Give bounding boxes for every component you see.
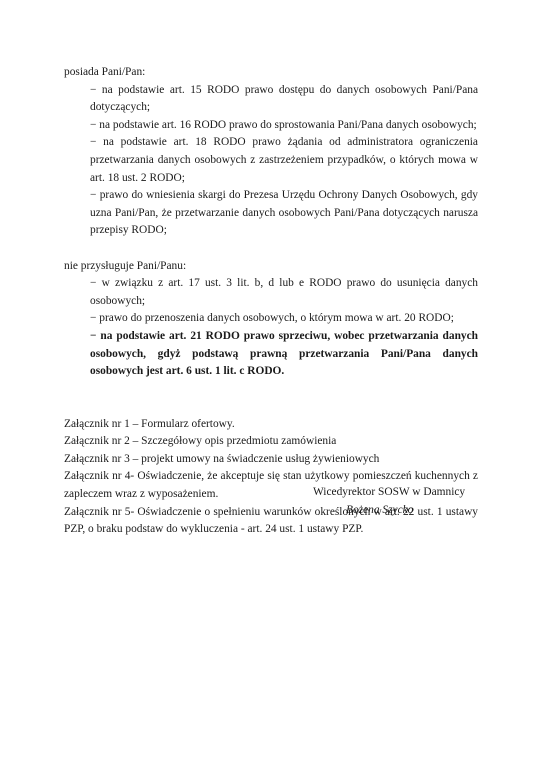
attachment-1: Załącznik nr 1 – Formularz ofertowy.	[64, 416, 478, 434]
right-item-rectification: − na podstawie art. 16 RODO prawo do spr…	[64, 117, 478, 135]
signature-name: Bożena Szycko	[313, 502, 513, 520]
attachment-3: Załącznik nr 3 – projekt umowy na świadc…	[64, 451, 478, 469]
document-page: posiada Pani/Pan: − na podstawie art. 15…	[64, 64, 478, 539]
no-rights-heading: nie przysługuje Pani/Panu:	[64, 258, 478, 276]
no-right-item-erasure: − w związku z art. 17 ust. 3 lit. b, d l…	[64, 275, 478, 310]
no-right-item-objection: − na podstawie art. 21 RODO prawo sprzec…	[64, 328, 478, 381]
right-item-complaint: − prawo do wniesienia skargi do Prezesa …	[64, 187, 478, 240]
right-item-access: − na podstawie art. 15 RODO prawo dostęp…	[64, 82, 478, 117]
signature-block: Wicedyrektor SOSW w Damnicy Bożena Szyck…	[313, 484, 513, 519]
spacer	[64, 381, 478, 416]
rights-heading: posiada Pani/Pan:	[64, 64, 478, 82]
right-item-restriction: − na podstawie art. 18 RODO prawo żądani…	[64, 134, 478, 187]
no-right-item-portability: − prawo do przenoszenia danych osobowych…	[64, 310, 478, 328]
attachment-2: Załącznik nr 2 – Szczegółowy opis przedm…	[64, 433, 478, 451]
spacer	[64, 240, 478, 258]
signature-title: Wicedyrektor SOSW w Damnicy	[313, 484, 513, 502]
